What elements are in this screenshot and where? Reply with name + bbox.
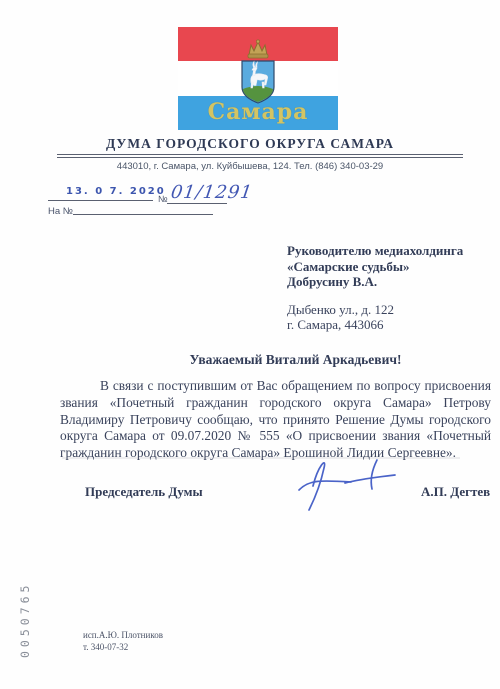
executor-phone: т. 340-07-32	[83, 642, 163, 654]
recipient-address-line: г. Самара, 443066	[287, 317, 467, 333]
recipient-line: Добрусину В.А.	[287, 274, 467, 290]
form-blank-number: 0050765	[18, 563, 32, 658]
crown-icon	[248, 40, 268, 58]
samara-flag: Самара	[178, 27, 338, 130]
salutation: Уважаемый Виталий Аркадьевич!	[60, 352, 491, 368]
executor-name: исп.А.Ю. Плотников	[83, 630, 163, 642]
shield-icon	[242, 61, 274, 103]
spacer	[287, 290, 467, 302]
date-underline	[48, 185, 153, 201]
samara-coat-of-arms-icon	[239, 39, 277, 127]
org-address: 443010, г. Самара, ул. Куйбышева, 124. Т…	[0, 161, 500, 172]
divider-double-rule	[57, 154, 463, 158]
executor-block: исп.А.Ю. Плотников т. 340-07-32	[83, 630, 163, 653]
recipient-line: «Самарские судьбы»	[287, 259, 467, 275]
letter-body: В связи с поступившим от Вас обращением …	[60, 378, 491, 462]
signature-icon	[293, 452, 399, 512]
signer-name: А.П. Дегтев	[421, 484, 490, 500]
reply-to-label: На №	[48, 206, 73, 217]
recipient-line: Руководителю медиахолдинга	[287, 243, 467, 259]
recipient-block: Руководителю медиахолдинга «Самарские су…	[287, 243, 467, 333]
org-name: ДУМА ГОРОДСКОГО ОКРУГА САМАРА	[0, 136, 500, 152]
scan-artifact	[62, 457, 460, 459]
reply-underline	[73, 200, 213, 215]
recipient-address-line: Дыбенко ул., д. 122	[287, 302, 467, 318]
signer-title: Председатель Думы	[85, 484, 203, 500]
letter-page: Самара	[0, 0, 500, 689]
